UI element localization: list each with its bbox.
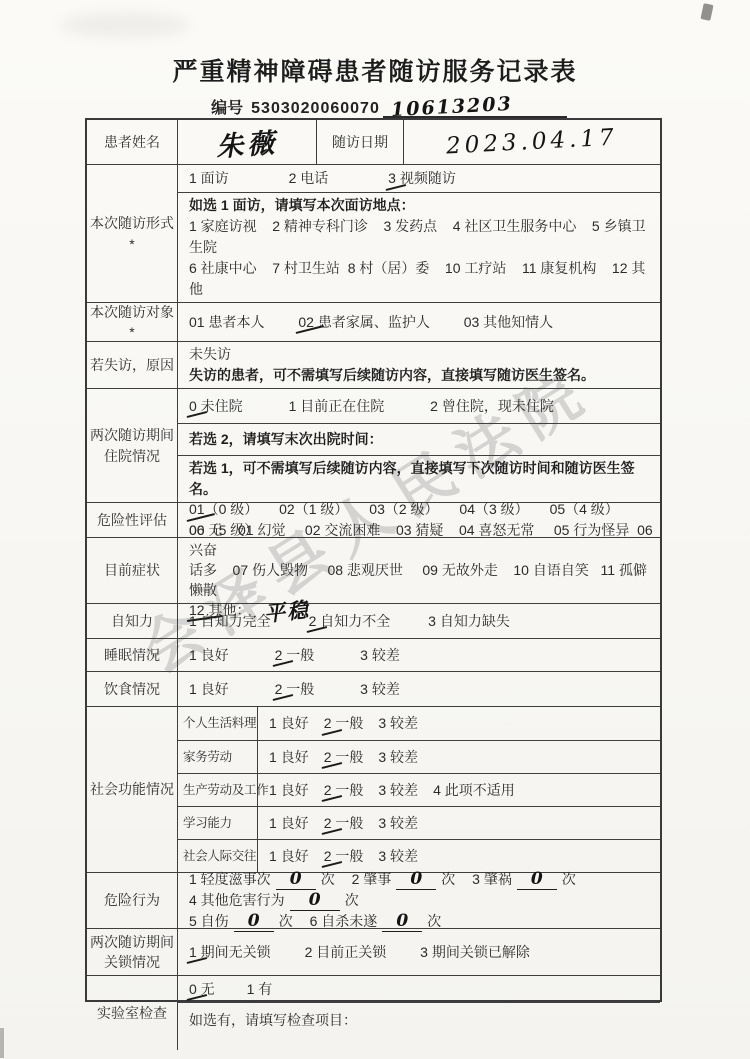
lost-visit-status: 未失访 bbox=[189, 344, 654, 365]
option-sleep-fair-selected: 2 一般 bbox=[275, 645, 315, 666]
option-diet-poor: 3 较差 bbox=[360, 679, 400, 700]
option-personal-care-good: 1 良好 bbox=[269, 713, 309, 734]
housework-label: 家务劳动 bbox=[178, 741, 258, 773]
social-row-housework: 家务劳动 1 良好 2 一般 3 较差 bbox=[178, 740, 660, 773]
option-risk-level3: 04（3 级） bbox=[459, 499, 528, 520]
interpersonal-label: 社会人际交往 bbox=[178, 840, 258, 872]
hospitalization-label-line2: 住院情况 bbox=[104, 446, 160, 466]
patient-name-label: 患者姓名 bbox=[87, 120, 178, 164]
row-lock-status: 两次随访期间 关锁情况 1 期间无关锁 2 目前正关锁 3 期间关锁已解除 bbox=[87, 928, 660, 975]
serial-number-row: 编号 5303020060070 10613203 bbox=[14, 95, 750, 118]
visit-date-value: 2023.04.17 bbox=[404, 120, 660, 164]
option-housework-poor: 3 较差 bbox=[378, 747, 418, 768]
followup-form-table: 患者姓名 朱薇 随访日期 2023.04.17 本次随访形式* 1 面访 2 电… bbox=[85, 118, 662, 1002]
lost-visit-note: 失访的患者，可不需填写后续随访内容，直接填写随访医生签名。 bbox=[189, 365, 654, 386]
row-patient-name-date: 患者姓名 朱薇 随访日期 2023.04.17 bbox=[87, 120, 660, 164]
work-label: 生产劳动及工作 bbox=[178, 774, 258, 806]
option-insight-none: 3 自知力缺失 bbox=[428, 611, 510, 632]
option-work-poor: 3 较差 bbox=[378, 780, 418, 801]
visit-form-location-note: 如选 1 面访，请填写本次面访地点： 1 家庭访视 2 精神专科门诊 3 发药点… bbox=[178, 192, 660, 302]
option-lab-none-selected: 0 无 bbox=[189, 979, 215, 1000]
lock-status-label-line1: 两次随访期间 bbox=[90, 932, 174, 952]
row-social-function: 社会功能情况 个人生活料理 1 良好 2 一般 3 较差 家务劳动 1 良好 2… bbox=[87, 706, 660, 872]
risk-assessment-label: 危险性评估 bbox=[87, 503, 178, 537]
visit-date-handwritten: 2023.04.17 bbox=[446, 125, 619, 160]
scan-edge-mark bbox=[0, 1028, 4, 1058]
option-not-hospitalized-selected: 0 未住院 bbox=[189, 396, 243, 417]
social-row-learning: 学习能力 1 良好 2 一般 3 较差 bbox=[178, 806, 660, 839]
row-hospitalization: 两次随访期间 住院情况 0 未住院 1 目前正在住院 2 曾住院，现未住院 若选… bbox=[87, 388, 660, 502]
scan-speck bbox=[700, 3, 713, 21]
option-visit-phone: 2 电话 bbox=[289, 168, 329, 189]
other-harm-count-blank: 0 bbox=[290, 892, 340, 911]
hospitalization-note-if1: 若选 1，可不需填写后续随访内容，直接填写下次随访时间和随访医生签名。 bbox=[178, 455, 660, 502]
serial-blank-line: 10613203 bbox=[383, 97, 567, 118]
learning-label: 学习能力 bbox=[178, 807, 258, 839]
option-target-patient: 01 患者本人 bbox=[189, 312, 264, 333]
option-insight-full: 1 自知力完全 bbox=[189, 611, 271, 632]
symptoms-options-line2: 话多 07 伤人毁物 08 悲观厌世 09 无故外走 10 自语自笑 11 孤僻… bbox=[189, 560, 654, 600]
visit-location-instruction: 如选 1 面访，请填写本次面访地点： bbox=[189, 195, 654, 216]
insight-label: 自知力 bbox=[87, 604, 178, 638]
option-risk-level0-selected: 01（0 级） bbox=[189, 499, 258, 520]
danger-other-harm: 4 其他危害行为0次 bbox=[189, 890, 359, 911]
danger-minor-trouble: 1 轻度滋事次0次 bbox=[189, 869, 335, 890]
row-sleep: 睡眠情况 1 良好 2 一般 3 较差 bbox=[87, 638, 660, 671]
hospitalization-label-line1: 两次随访期间 bbox=[90, 425, 174, 445]
option-no-lockup-selected: 1 期间无关锁 bbox=[189, 942, 271, 963]
visit-location-options-line1: 1 家庭访视 2 精神专科门诊 3 发药点 4 社区卫生服务中心 5 乡镇卫生院 bbox=[189, 216, 654, 258]
sleep-label: 睡眠情况 bbox=[87, 639, 178, 671]
diet-label: 饮食情况 bbox=[87, 672, 178, 706]
option-visit-in-person: 1 面访 bbox=[189, 168, 229, 189]
lock-status-label-line2: 关锁情况 bbox=[104, 952, 160, 972]
form-title: 严重精神障碍患者随访服务记录表 bbox=[0, 52, 750, 88]
visit-target-label: 本次随访对象* bbox=[87, 303, 178, 341]
disaster-count-blank: 0 bbox=[517, 871, 557, 890]
option-previously-hospitalized: 2 曾住院，现未住院 bbox=[430, 396, 554, 417]
visit-form-options: 1 面访 2 电话 3 视频随访 bbox=[178, 165, 660, 192]
row-insight: 自知力 1 自知力完全 2 自知力不全 3 自知力缺失 bbox=[87, 603, 660, 638]
social-function-label: 社会功能情况 bbox=[87, 707, 178, 872]
option-learning-poor: 3 较差 bbox=[378, 813, 418, 834]
visit-date-label: 随访日期 bbox=[317, 120, 404, 164]
option-work-good: 1 良好 bbox=[269, 780, 309, 801]
option-learning-good: 1 良好 bbox=[269, 813, 309, 834]
minor-trouble-count-blank: 0 bbox=[276, 871, 316, 890]
option-interpersonal-fair-selected: 2 一般 bbox=[324, 846, 364, 867]
serial-label: 编号 bbox=[211, 95, 243, 118]
serial-handwritten-number: 10613203 bbox=[390, 95, 513, 120]
lab-test-note: 如选有，请填写检查项目： bbox=[178, 1002, 660, 1050]
patient-name-value: 朱薇 bbox=[178, 120, 317, 164]
hospitalization-label: 两次随访期间 住院情况 bbox=[87, 389, 178, 502]
lab-test-options: 0 无 1 有 bbox=[178, 976, 660, 1002]
lab-test-label: 实验室检查 bbox=[87, 976, 178, 1050]
option-interpersonal-good: 1 良好 bbox=[269, 846, 309, 867]
option-housework-good: 1 良好 bbox=[269, 747, 309, 768]
danger-behavior-label: 危险行为 bbox=[87, 873, 178, 928]
symptoms-options-line1: 00 无 01 幻觉 02 交流困难 03 猜疑 04 喜怒无常 05 行为怪异… bbox=[189, 520, 654, 560]
option-visit-video-selected: 3 视频随访 bbox=[388, 168, 456, 189]
personal-care-label: 个人生活料理 bbox=[178, 707, 258, 740]
row-visit-target: 本次随访对象* 01 患者本人 02 患者家属、监护人 03 其他知情人 bbox=[87, 302, 660, 341]
option-target-family-selected: 02 患者家属、监护人 bbox=[298, 312, 429, 333]
row-visit-form: 本次随访形式* 1 面访 2 电话 3 视频随访 如选 1 面访，请填写本次面访… bbox=[87, 164, 660, 302]
option-work-not-applicable: 4 此项不适用 bbox=[433, 780, 515, 801]
option-sleep-good: 1 良好 bbox=[189, 645, 229, 666]
social-row-work: 生产劳动及工作 1 良好 2 一般 3 较差 4 此项不适用 bbox=[178, 773, 660, 806]
option-housework-fair-selected: 2 一般 bbox=[324, 747, 364, 768]
option-insight-partial-selected: 2 自知力不全 bbox=[309, 611, 391, 632]
lab-items-instruction: 如选有，请填写检查项目： bbox=[189, 1010, 654, 1031]
option-target-other: 03 其他知情人 bbox=[464, 312, 553, 333]
row-diet: 饮食情况 1 良好 2 一般 3 较差 bbox=[87, 671, 660, 706]
visit-location-options-line2: 6 社康中心 7 村卫生站 8 村（居）委 10 工疗站 11 康复机构 12 … bbox=[189, 258, 654, 300]
social-row-interpersonal: 社会人际交往 1 良好 2 一般 3 较差 bbox=[178, 839, 660, 872]
option-sleep-poor: 3 较差 bbox=[360, 645, 400, 666]
option-lab-yes: 1 有 bbox=[247, 979, 273, 1000]
option-personal-care-fair-selected: 2 一般 bbox=[324, 713, 364, 734]
social-row-personal-care: 个人生活料理 1 良好 2 一般 3 较差 bbox=[178, 707, 660, 740]
danger-incident: 2 肇事0次 bbox=[352, 869, 456, 890]
row-lab-test: 实验室检查 0 无 1 有 如选有，请填写检查项目： bbox=[87, 975, 660, 1050]
danger-disaster: 3 肇祸0次 bbox=[472, 869, 576, 890]
row-lost-visit: 若失访，原因 未失访 失访的患者，可不需填写后续随访内容，直接填写随访医生签名。 bbox=[87, 341, 660, 388]
option-work-fair-selected: 2 一般 bbox=[324, 780, 364, 801]
option-personal-care-poor: 3 较差 bbox=[378, 713, 418, 734]
option-risk-level4: 05（4 级） bbox=[550, 499, 619, 520]
hospitalization-options: 0 未住院 1 目前正在住院 2 曾住院，现未住院 bbox=[178, 389, 660, 423]
visit-form-label: 本次随访形式* bbox=[87, 165, 178, 302]
row-current-symptoms: 目前症状 00 无 01 幻觉 02 交流困难 03 猜疑 04 喜怒无常 05… bbox=[87, 537, 660, 603]
incident-count-blank: 0 bbox=[396, 871, 436, 890]
option-diet-good: 1 良好 bbox=[189, 679, 229, 700]
option-currently-hospitalized: 1 目前正在住院 bbox=[289, 396, 385, 417]
option-learning-fair-selected: 2 一般 bbox=[324, 813, 364, 834]
option-risk-level5: 06（5 级） bbox=[189, 520, 258, 541]
serial-printed-number: 5303020060070 bbox=[251, 100, 380, 118]
option-interpersonal-poor: 3 较差 bbox=[378, 846, 418, 867]
symptoms-label: 目前症状 bbox=[87, 538, 178, 603]
lock-status-label: 两次随访期间 关锁情况 bbox=[87, 929, 178, 975]
patient-name-handwritten: 朱薇 bbox=[215, 120, 280, 163]
discharge-time-instruction: 若选 2，请填写末次出院时间： bbox=[189, 429, 654, 450]
row-danger-behavior: 危险行为 1 轻度滋事次0次 2 肇事0次 3 肇祸0次 4 其他危害行为0次 … bbox=[87, 872, 660, 928]
option-currently-locked: 2 目前正关锁 bbox=[305, 942, 387, 963]
scan-smudge bbox=[60, 12, 190, 38]
option-diet-fair-selected: 2 一般 bbox=[275, 679, 315, 700]
skip-content-instruction: 若选 1，可不需填写后续随访内容，直接填写下次随访时间和随访医生签名。 bbox=[189, 458, 654, 500]
hospitalization-note-if2: 若选 2，请填写末次出院时间： bbox=[178, 423, 660, 455]
option-risk-level1: 02（1 级） bbox=[279, 499, 348, 520]
option-lockup-released: 3 期间关锁已解除 bbox=[420, 942, 530, 963]
lost-visit-label: 若失访，原因 bbox=[87, 342, 178, 388]
option-risk-level2: 03（2 级） bbox=[369, 499, 438, 520]
